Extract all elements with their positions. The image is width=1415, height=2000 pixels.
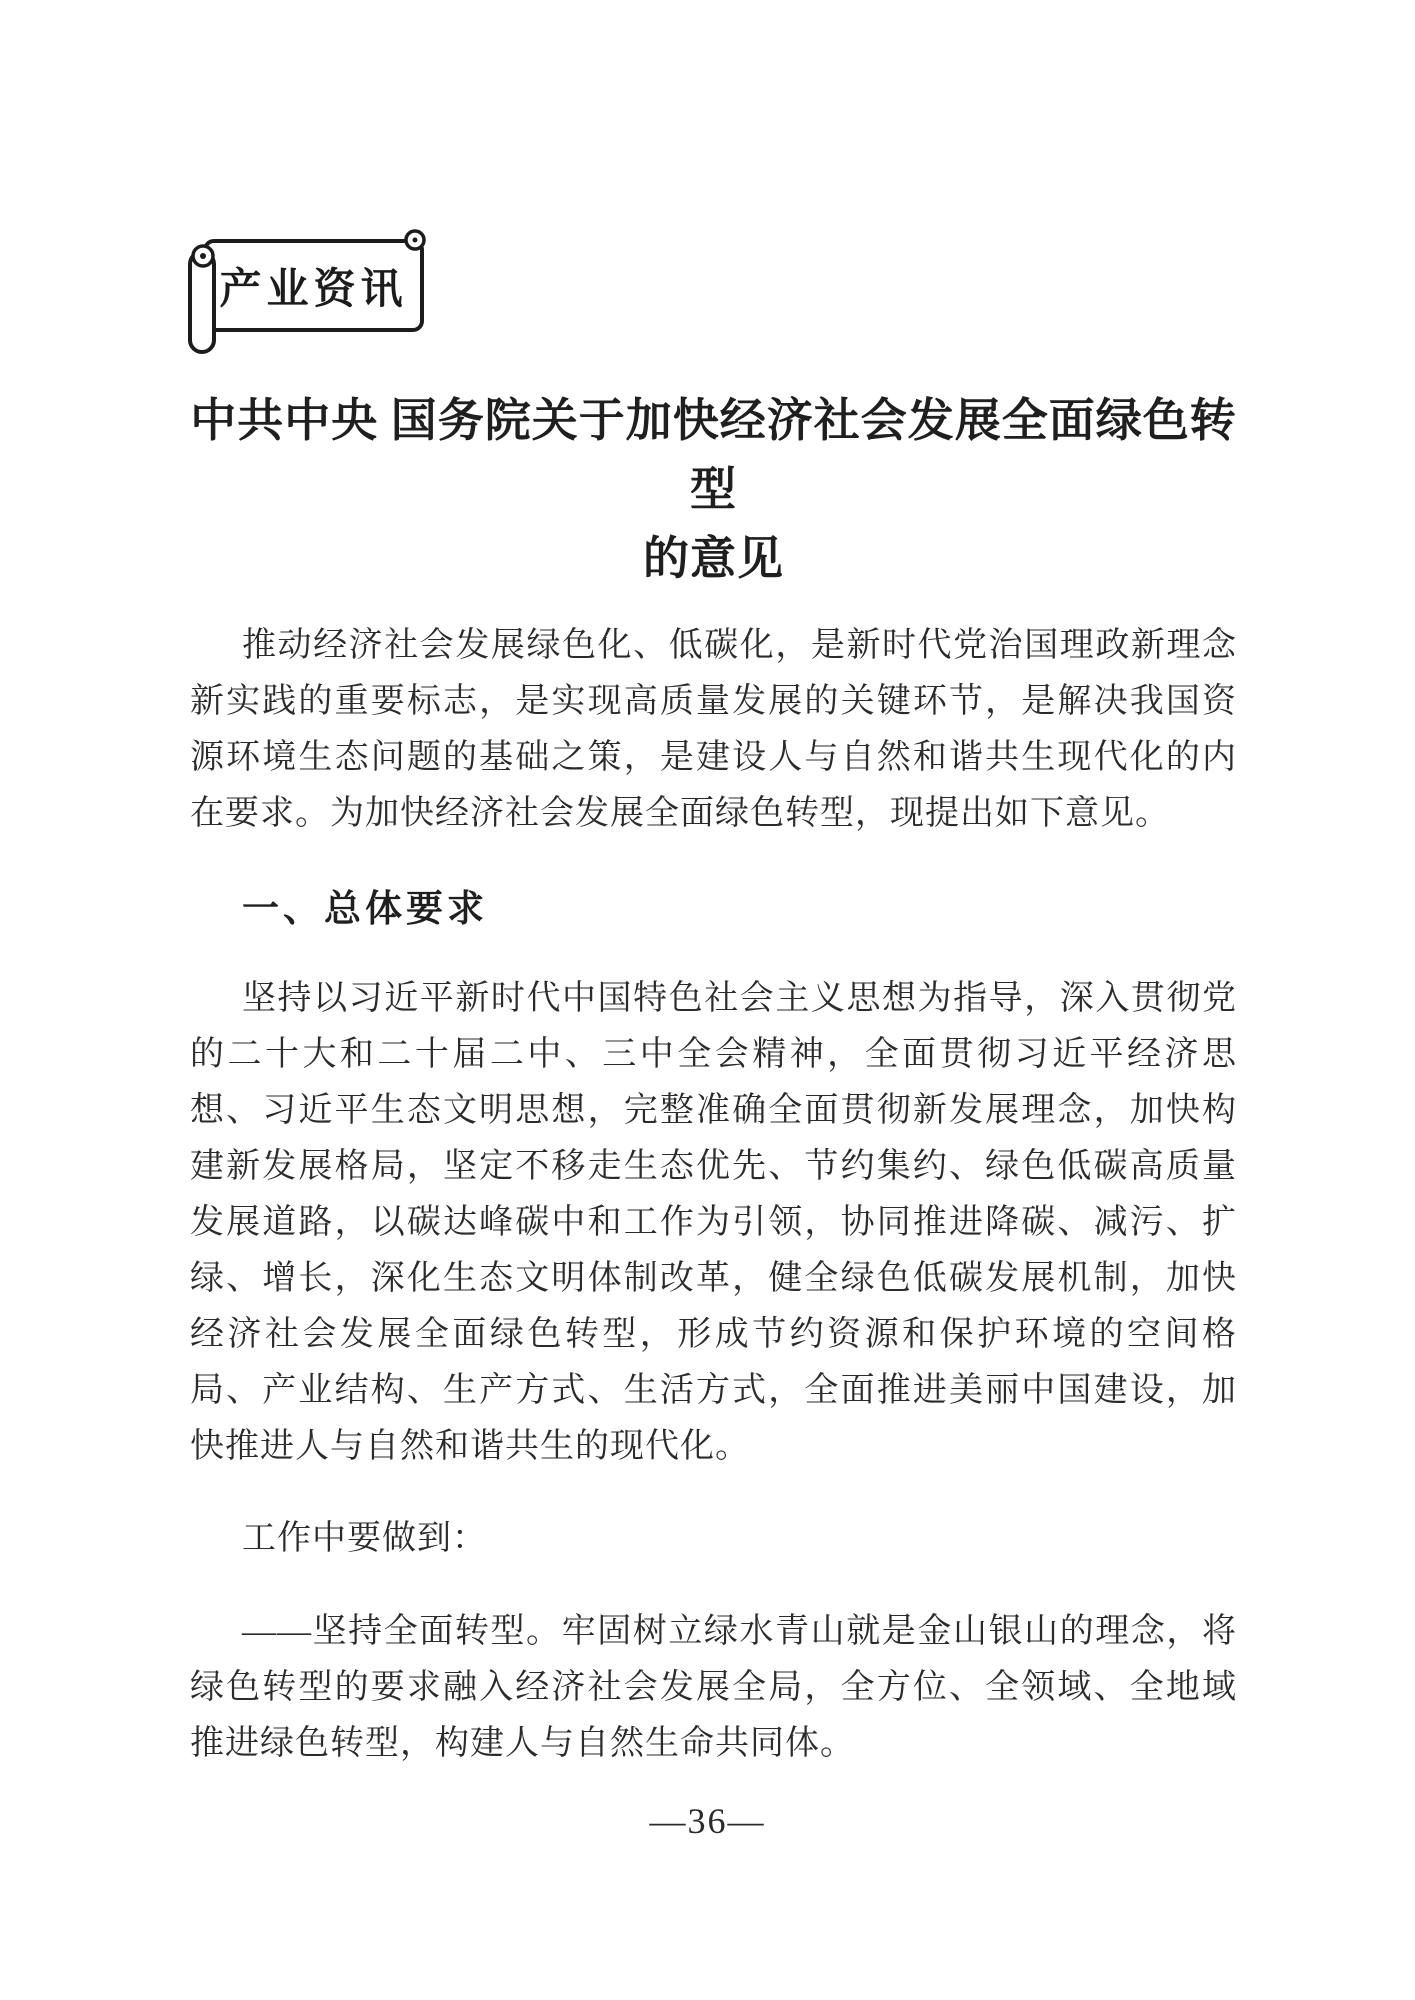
document-body: 中共中央 国务院关于加快经济社会发展全面绿色转型 的意见 推动经济社会发展绿色化… xyxy=(190,0,1237,1772)
paragraph-work-lead: 工作中要做到： xyxy=(190,1511,1237,1567)
page-number: —36— xyxy=(0,1800,1415,1842)
section-heading-overall-requirements: 一、总体要求 xyxy=(242,882,1237,938)
paragraph-comprehensive-transformation: ——坚持全面转型。牢固树立绿水青山就是金山银山的理念，将绿色转型的要求融入经济社… xyxy=(190,1604,1237,1772)
paragraph-intro: 推动经济社会发展绿色化、低碳化，是新时代党治国理政新理念新实践的重要标志，是实现… xyxy=(190,618,1237,842)
document-page: 产业资讯 中共中央 国务院关于加快经济社会发展全面绿色转型 的意见 推动经济社会… xyxy=(0,0,1415,2000)
paragraph-overall-requirements: 坚持以习近平新时代中国特色社会主义思想为指导，深入贯彻党的二十大和二十届二中、三… xyxy=(190,971,1237,1475)
document-title-line1: 中共中央 国务院关于加快经济社会发展全面绿色转型 xyxy=(190,395,1237,515)
document-title-line2: 的意见 xyxy=(643,533,784,584)
document-title: 中共中央 国务院关于加快经济社会发展全面绿色转型 的意见 xyxy=(190,386,1237,593)
